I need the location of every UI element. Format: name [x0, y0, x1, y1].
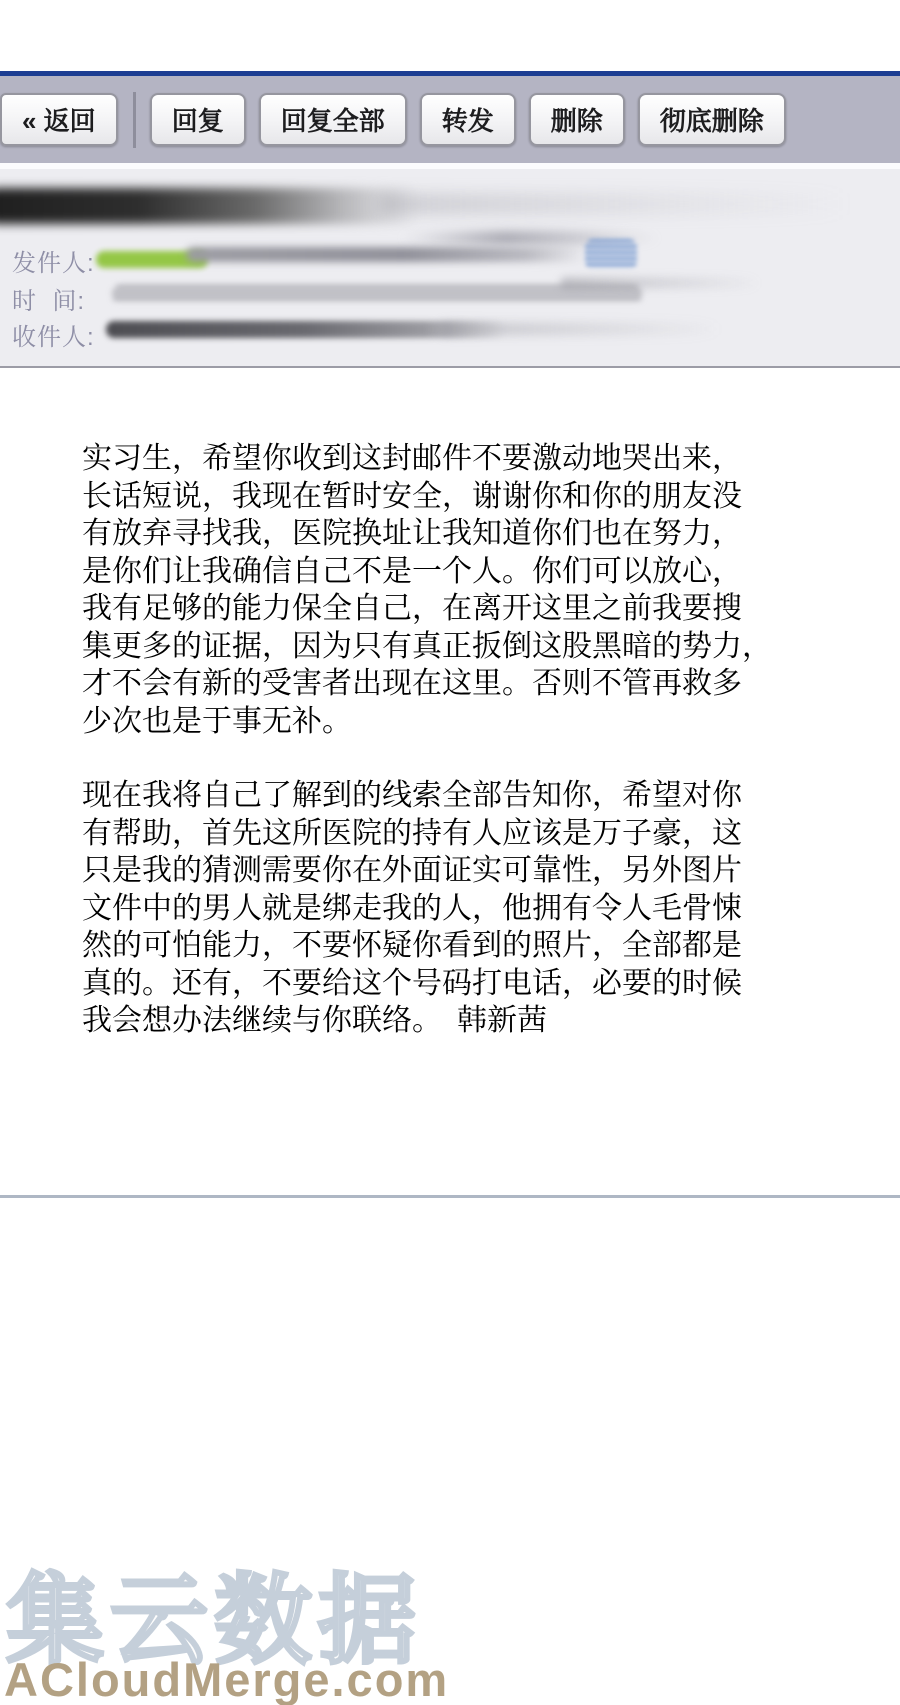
- reply-all-button[interactable]: 回复全部: [259, 93, 407, 146]
- subject-redacted-smear: [0, 188, 418, 224]
- time-label: 时 间:: [12, 281, 85, 316]
- body-line: 然的可怕能力，不要怀疑你看到的照片，全部都是: [82, 927, 772, 965]
- body-line: 现在我将自己了解到的线索全部告知你，希望对你: [82, 777, 772, 815]
- subject-redacted-smear-tail: [380, 193, 850, 215]
- mail-read-page: « 返回 回复 回复全部 转发 删除 彻底删除 发件人: 时 间: 收件人: 实…: [0, 0, 900, 1705]
- recipient-label: 收件人:: [12, 317, 95, 352]
- watermark-en: ACloudMerge.com: [4, 1652, 449, 1705]
- body-line: 长话短说，我现在暂时安全，谢谢你和你的朋友没: [82, 478, 772, 516]
- delete-button[interactable]: 删除: [529, 93, 625, 146]
- body-line: 才不会有新的受害者出现在这里。否则不管再救多: [82, 665, 772, 703]
- body-line: 真的。还有，不要给这个号码打电话，必要的时候: [82, 965, 772, 1003]
- body-line: 文件中的男人就是绑走我的人，他拥有令人毛骨悚: [82, 890, 772, 928]
- mail-toolbar: « 返回 回复 回复全部 转发 删除 彻底删除: [0, 76, 900, 163]
- body-line: 有放弃寻找我，医院换址让我知道你们也在努力，: [82, 515, 772, 553]
- mail-paragraph-1: 实习生，希望你收到这封邮件不要激动地哭出来， 长话短说，我现在暂时安全，谢谢你和…: [82, 440, 772, 740]
- body-line: 实习生，希望你收到这封邮件不要激动地哭出来，: [82, 440, 772, 478]
- body-line: 是你们让我确信自己不是一个人。你们可以放心，: [82, 553, 772, 591]
- sender-redacted-gray: [186, 247, 586, 262]
- sender-label: 发件人:: [12, 243, 95, 278]
- content-bottom-divider: [0, 1195, 900, 1198]
- body-line: 少次也是于事无补。: [82, 703, 772, 741]
- sender-redacted-link: [585, 239, 637, 269]
- message-header: 发件人: 时 间: 收件人:: [0, 169, 900, 368]
- forward-button[interactable]: 转发: [420, 93, 516, 146]
- back-button[interactable]: « 返回: [0, 93, 118, 146]
- recipient-redacted-smear-tail: [440, 323, 720, 335]
- delete-forever-button[interactable]: 彻底删除: [638, 93, 786, 146]
- body-line: 集更多的证据，因为只有真正扳倒这股黑暗的势力，: [82, 628, 772, 666]
- body-line-signature: 我会想办法继续与你联络。 韩新茜: [82, 1002, 772, 1040]
- body-line: 我有足够的能力保全自己，在离开这里之前我要搜: [82, 590, 772, 628]
- mail-paragraph-2: 现在我将自己了解到的线索全部告知你，希望对你 有帮助，首先这所医院的持有人应该是…: [82, 777, 772, 1040]
- body-line: 只是我的猜测需要你在外面证实可靠性，另外图片: [82, 852, 772, 890]
- time-redacted-smear-tail: [560, 277, 760, 289]
- reply-button[interactable]: 回复: [150, 93, 246, 146]
- toolbar-separator: [133, 92, 136, 148]
- mail-body-text: 实习生，希望你收到这封邮件不要激动地哭出来， 长话短说，我现在暂时安全，谢谢你和…: [82, 440, 772, 1040]
- body-line: 有帮助，首先这所医院的持有人应该是万子豪，这: [82, 815, 772, 853]
